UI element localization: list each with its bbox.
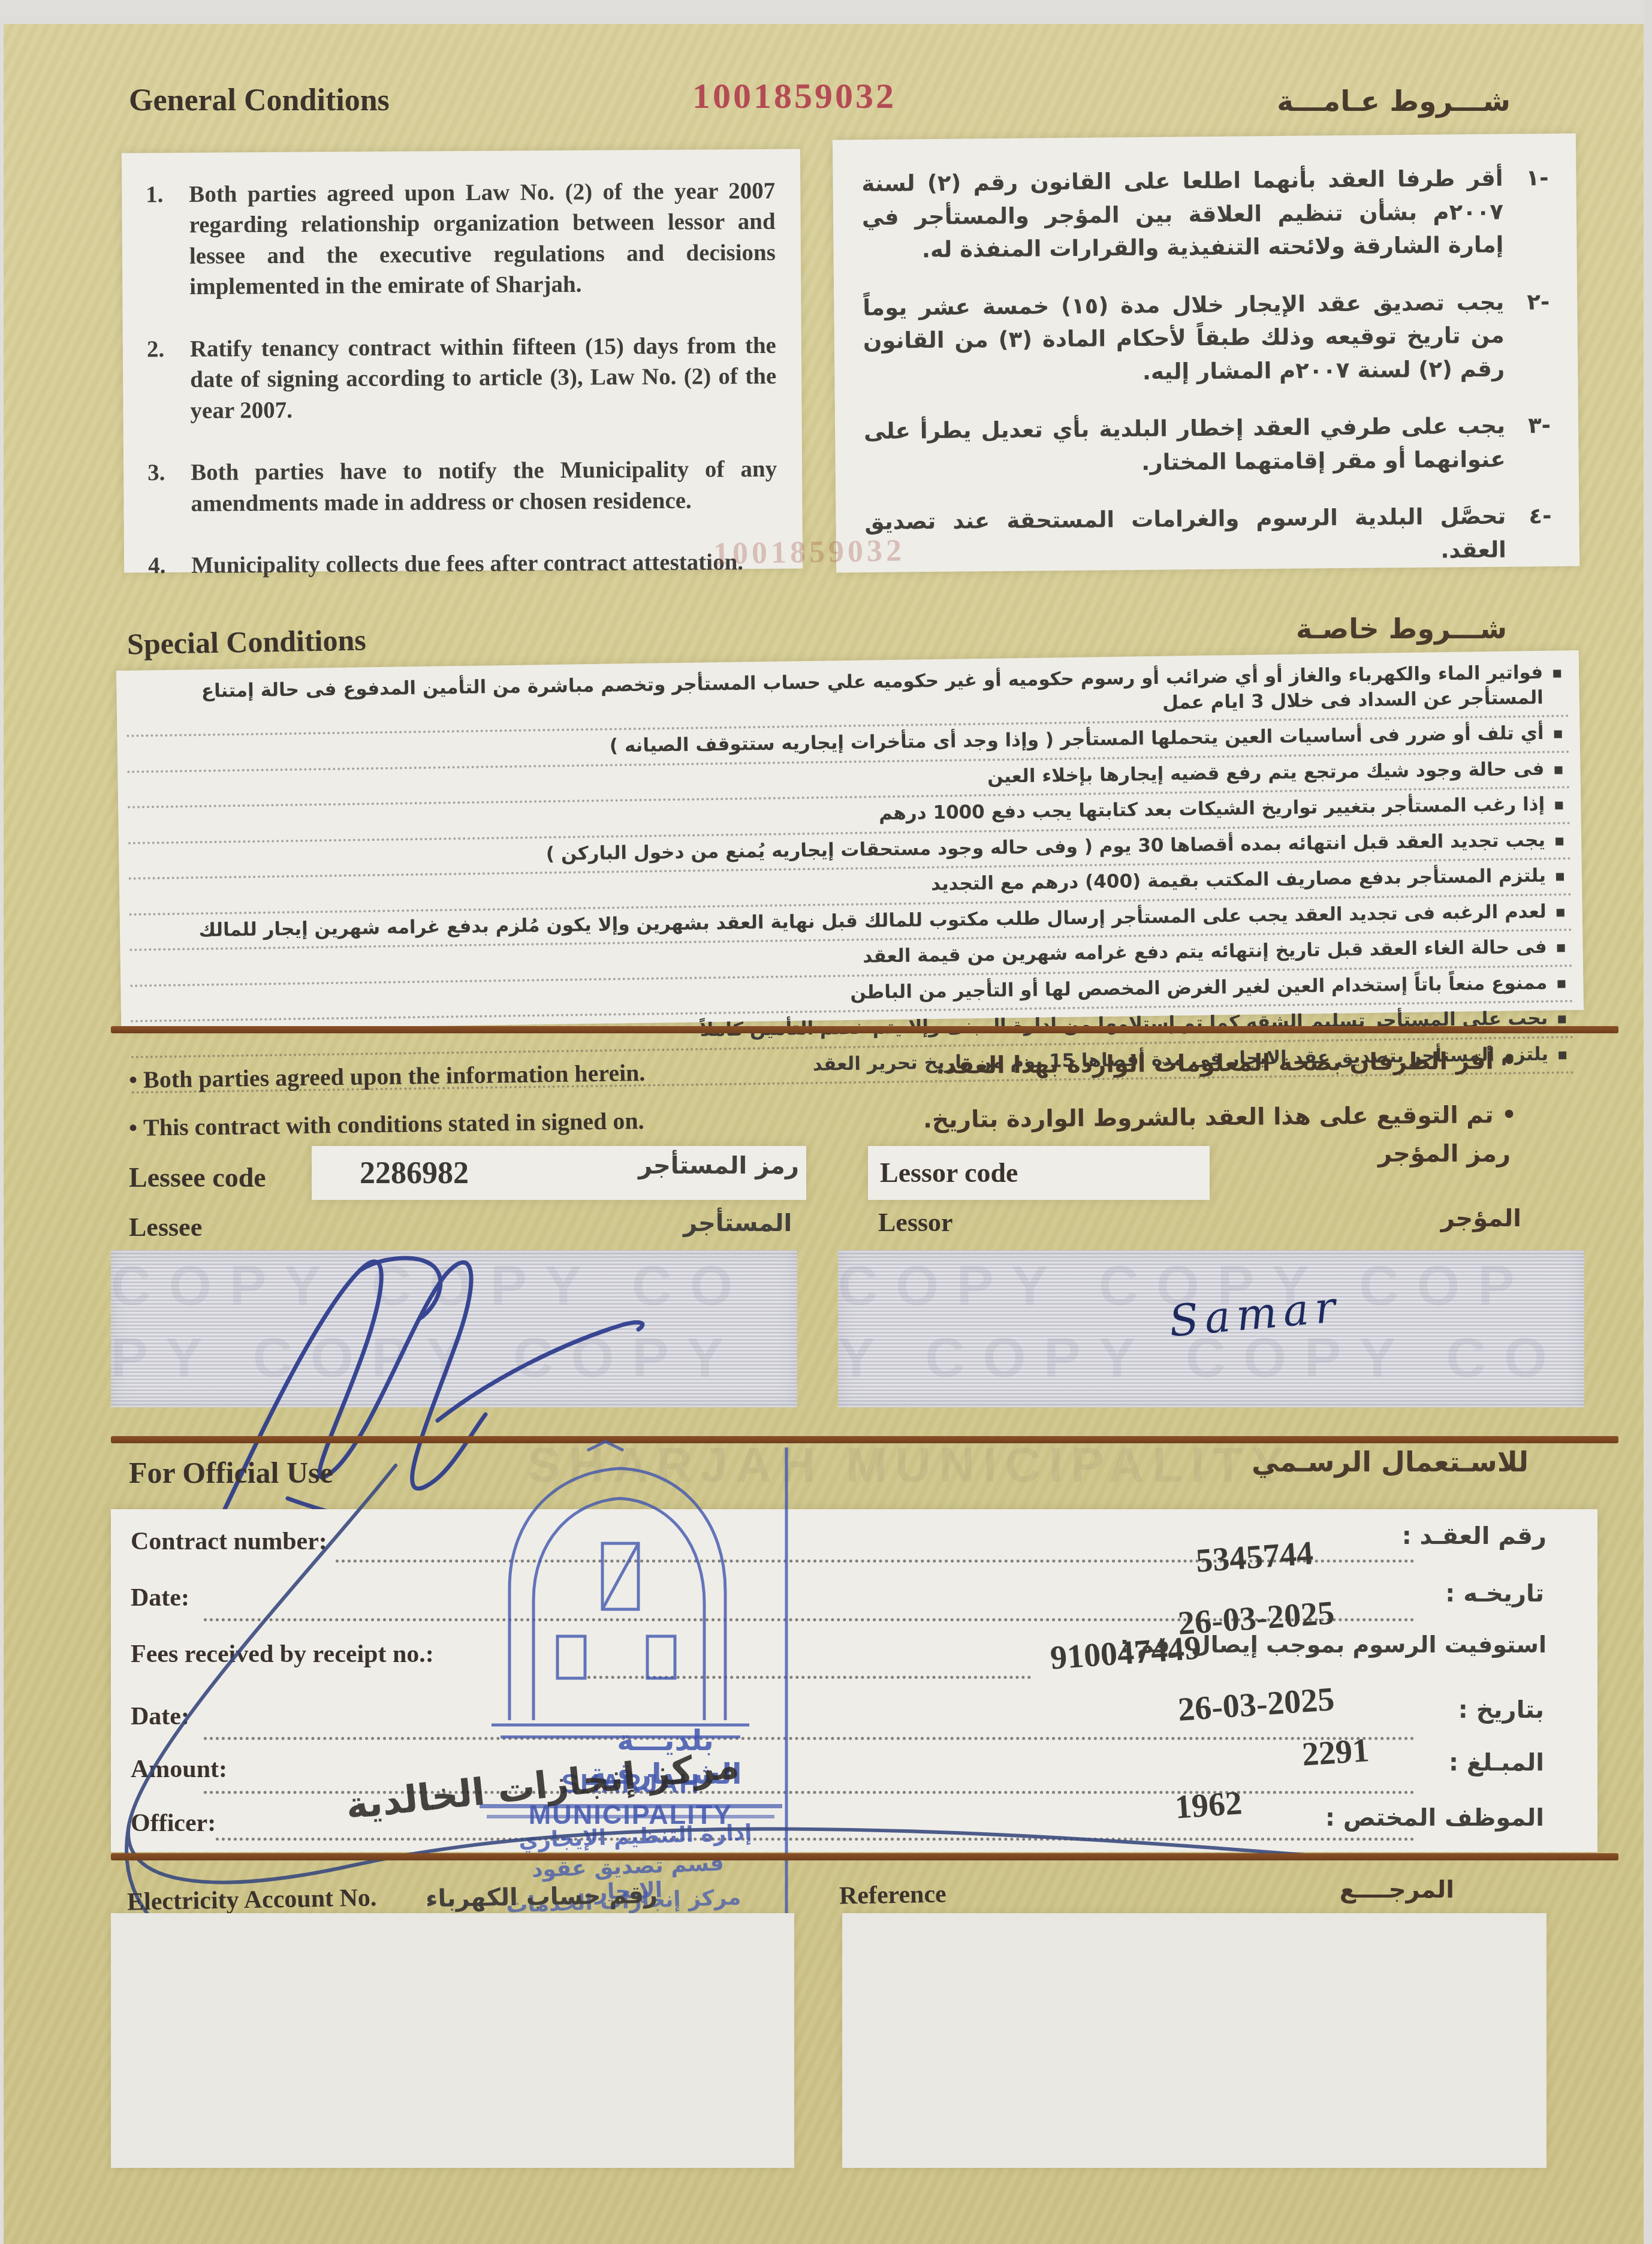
general-condition-en-2: 2. Ratify tenancy contract within fiftee… — [147, 330, 777, 427]
lessor-code-label: Lessor code — [880, 1157, 1018, 1189]
general-conditions-box-en: 1. Both parties agreed upon Law No. (2) … — [122, 149, 803, 573]
agreement-ar-2: • تم التوقيع على هذا العقد بالشروط الوار… — [923, 1102, 1517, 1134]
electricity-account-label-ar: رقم حساب الكهرباء — [426, 1881, 658, 1913]
general-condition-ar-1: -١ أقر طرفا العقد بأنهما اطلعا على القان… — [861, 161, 1549, 267]
reference-box — [842, 1913, 1547, 2168]
lessee-code-value: 2286982 — [360, 1156, 469, 1191]
lessee-code-label: Lessee code — [129, 1162, 266, 1193]
lessee-label-ar: المستأجر — [683, 1210, 792, 1237]
lessee-code-label-ar: رمز المستأجر — [638, 1152, 799, 1180]
special-conditions-title-ar: شـــروط خاصـة — [1296, 613, 1507, 645]
section-divider — [111, 1026, 1618, 1033]
general-condition-en-1: 1. Both parties agreed upon Law No. (2) … — [146, 176, 776, 303]
document-number: 1001859032 — [644, 76, 944, 117]
amount-label-ar: المبـلغ : — [1449, 1749, 1544, 1776]
general-condition-ar-3: -٣ يجب على طرفي العقد إخطار البلدية بأي … — [864, 409, 1551, 481]
general-conditions-title: General Conditions — [129, 83, 390, 118]
lessor-code-label-ar: رمز المؤجر — [1378, 1140, 1511, 1168]
scanned-contract-page: General Conditions 1001859032 شـــروط عـ… — [0, 0, 1652, 2244]
reference-label-ar: المرجــــع — [1340, 1876, 1454, 1904]
lessor-label-ar: المؤجر — [1441, 1205, 1521, 1232]
lessor-label: Lessor — [878, 1207, 953, 1238]
scan-edge-right — [1644, 0, 1652, 2244]
date2-label-ar: بتاريخ : — [1458, 1696, 1544, 1724]
electricity-account-label: Electricity Account No. — [127, 1883, 377, 1916]
general-conditions-box-ar: -١ أقر طرفا العقد بأنهما اطلعا على القان… — [833, 134, 1579, 573]
agreement-ar-1: • أقر الطرفان بصحة المعلومات الواردة بهذ… — [936, 1048, 1517, 1079]
section-divider — [111, 1853, 1618, 1860]
lessee-label: Lessee — [129, 1212, 202, 1242]
general-condition-en-3: 3. Both parties have to notify the Munic… — [147, 454, 777, 519]
date1-label-ar: تاريخـه : — [1445, 1580, 1544, 1607]
electricity-account-box — [111, 1913, 794, 2168]
general-condition-ar-2: -٢ يجب تصديق عقد الإيجار خلال مدة (١٥) خ… — [863, 285, 1550, 390]
special-conditions-box: فواتير الماء والكهرباء والغاز أو أي ضرائ… — [116, 650, 1584, 1030]
general-condition-en-4: 4. Municipality collects due fees after … — [148, 547, 777, 581]
general-conditions-title-ar: شـــروط عـامـــة — [1277, 85, 1511, 118]
general-condition-ar-4: -٤ تحصَّل البلدية الرسوم والغرامات المست… — [864, 499, 1552, 572]
document-number-watermark: 1001859032 — [713, 533, 906, 572]
reference-label: Reference — [839, 1880, 947, 1910]
special-conditions-title: Special Conditions — [127, 623, 367, 662]
